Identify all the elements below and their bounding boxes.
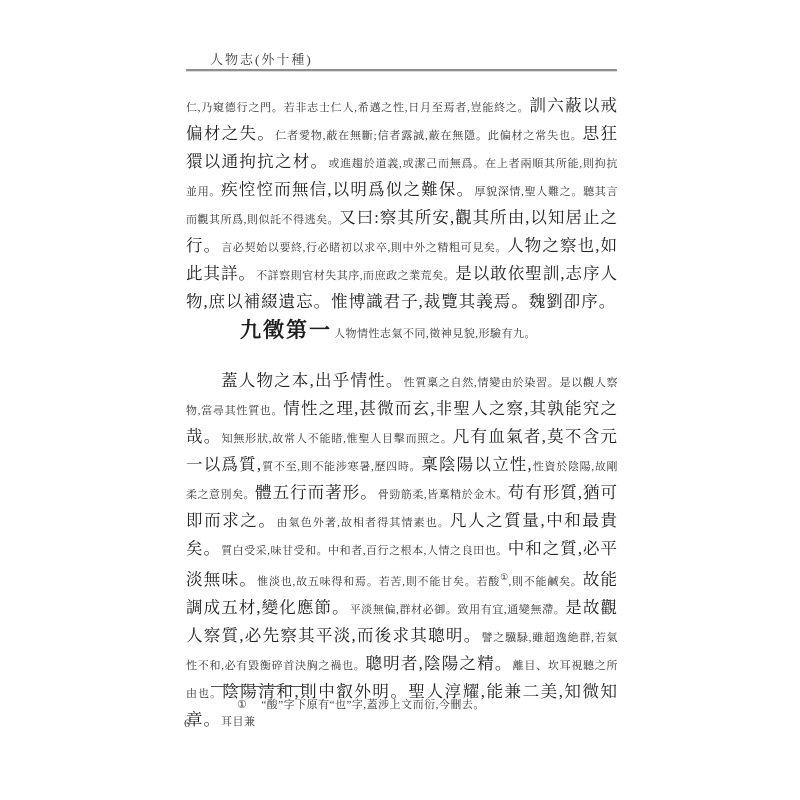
text-run-large: 蓋人物之本,出乎情性。 xyxy=(221,371,404,390)
footnote: ①“酸”字下原有“也”字,蓋涉上文而衍,今刪去。 xyxy=(237,697,627,713)
text-run-small: 仁者愛物,蔽在無斷;信者露誠,蔽在無隱。此偏材之常失也。 xyxy=(275,130,582,142)
chapter-title-note: 人物情性志氣不同,徵神見貌,形驗有九。 xyxy=(334,328,536,340)
footnote-text: “酸”字下原有“也”字,蓋涉上文而衍,今刪去。 xyxy=(261,699,485,711)
text-run-small: 平淡無偏,群材必御。致用有宜,通變無滯。 xyxy=(350,604,566,616)
footnote-marker: ① xyxy=(237,699,247,711)
text-run-small: 質白受采,味甘受和。中和者,百行之根本,人情之良田也。 xyxy=(221,545,508,557)
running-head-title: 人物志(外十種) xyxy=(210,49,313,68)
text-run-small: ,則不能鹹矣。 xyxy=(508,576,582,588)
text-run-small: 仁,乃窺德行之門。若非志士仁人,希邁之性,日月至焉者,豈能終之。 xyxy=(186,102,529,114)
page-number: 6 xyxy=(184,716,190,731)
text-run-large: 體五行而著形。 xyxy=(255,483,378,502)
book-page: 人物志(外十種) 仁,乃窺德行之門。若非志士仁人,希邁之性,日月至焉者,豈能終之… xyxy=(0,0,800,800)
text-run-small: 骨勁筋柔,皆稟精於金木。 xyxy=(378,489,508,501)
text-run-small: 知無形狀,故常人不能睹,惟聖人目擊而照之。 xyxy=(222,433,453,445)
chapter-heading: 九徵第一人物情性志氣不同,徵神見貌,形驗有九。 xyxy=(240,314,620,344)
chapter-paragraph: 蓋人物之本,出乎情性。性質稟之自然,情變由於染習。是以觀人察物,當尋其性質也。情… xyxy=(186,368,618,735)
text-run-large: 稟陰陽以立性, xyxy=(421,455,532,474)
chapter-title: 九徵第一 xyxy=(240,318,332,342)
header-rule xyxy=(186,69,617,72)
text-run-small: 由氣色外著,故相者得其情素也。 xyxy=(277,517,450,529)
text-run-small: 耳目兼 xyxy=(221,716,256,728)
text-run-large: 聰明者,陰陽之精。 xyxy=(365,654,512,673)
text-run-small: 質不至,則不能涉寒暑,歷四時。 xyxy=(262,461,421,473)
text-run-small: 惟淡也,故五味得和焉。若苦,則不能甘矣。若酸 xyxy=(257,576,500,588)
text-run-small: 言必契始以要終,行必睹初以求卒,則中外之精粗可見矣。 xyxy=(221,242,507,254)
footnote-rule xyxy=(211,686,306,687)
preface-paragraph: 仁,乃窺德行之門。若非志士仁人,希邁之性,日月至焉者,豈能終之。訓六蔽以戒偏材之… xyxy=(186,93,618,316)
text-run-small: 不詳察則官材失其序,而庶政之業荒矣。 xyxy=(256,270,455,282)
text-run-large: 疾悾悾而無信,以明爲似之難保。 xyxy=(221,180,474,199)
